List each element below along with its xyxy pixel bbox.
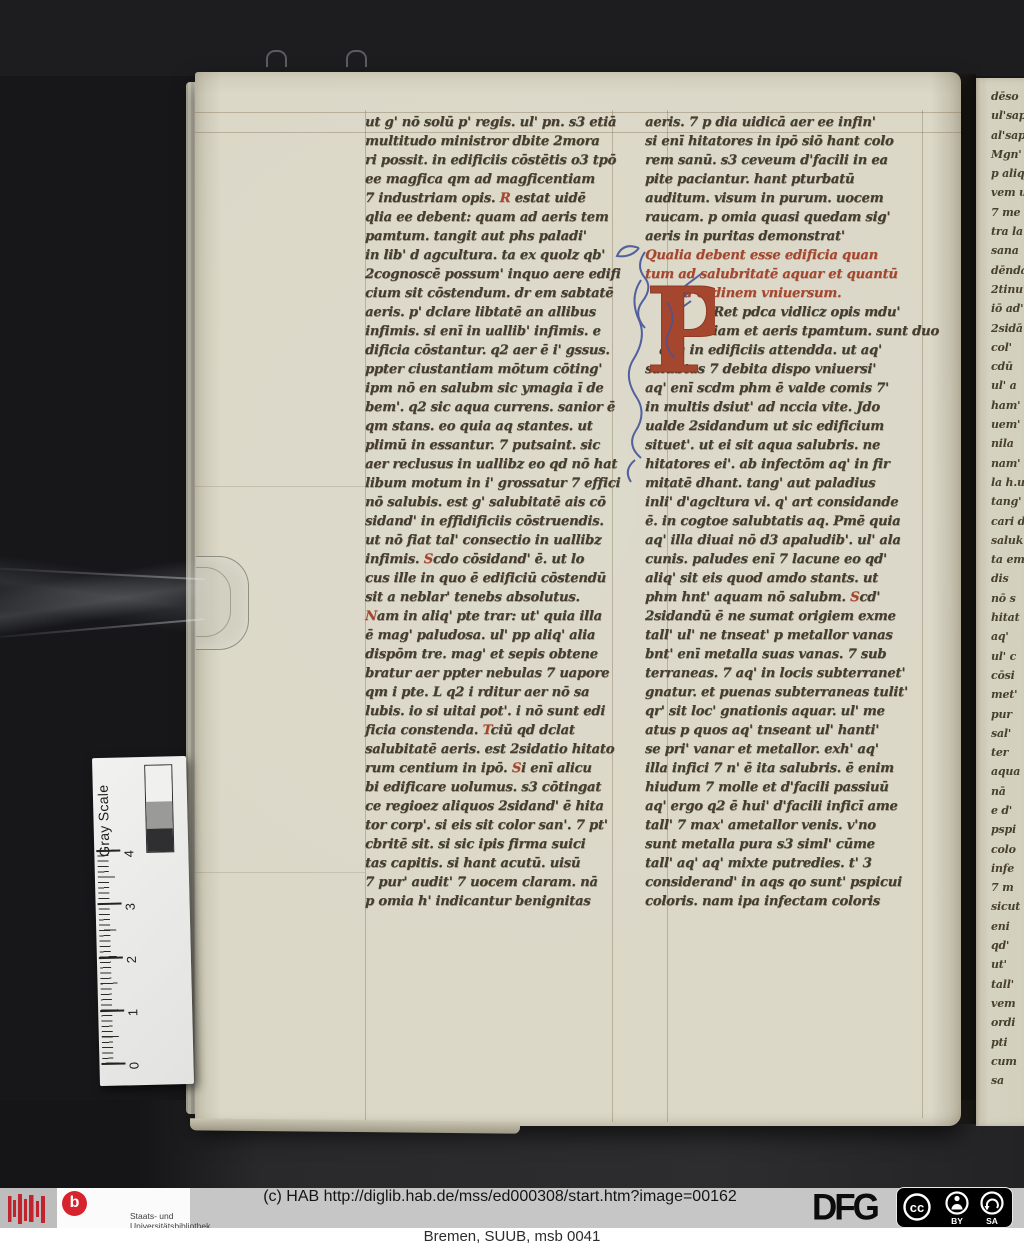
facing-page-text-fragment: nā [991, 785, 1024, 804]
cc-sa-icon: SA [982, 1193, 1003, 1227]
cc-icon: cc [905, 1195, 930, 1220]
manuscript-line: qm stans. eo quia aq stantes. ut [365, 419, 621, 438]
manuscript-line: sit a neblar' tenebs absolutus. [365, 590, 621, 609]
ruler-major-tick [101, 1062, 125, 1065]
manuscript-line: qm i pte. L q2 i rditur aer nō sa [365, 685, 621, 704]
manuscript-line: coloris. nam ipa infectam coloris [645, 894, 925, 913]
manuscript-line: tall' ul' ne tnseat' p metallor vanas [645, 628, 925, 647]
facing-page-text-fragment: ter [991, 746, 1024, 765]
facing-page-text-fragment: hitat [991, 611, 1024, 630]
facing-page-text-fragment: sicut [991, 900, 1024, 919]
facing-page-text-fragment: 2sidā [991, 322, 1024, 341]
facing-page-text-fragment: cōsi [991, 669, 1024, 688]
manuscript-line: 2cognoscē possum' inquo aere edifi [365, 267, 621, 286]
shelfmark-caption: Bremen, SUUB, msb 0041 [0, 1228, 1024, 1252]
manuscript-line: cunis. paludes enī 7 lacune eo qd' [645, 552, 925, 571]
facing-page-text-fragment: iō ad' [991, 302, 1024, 321]
facing-page-text-fragment: colo [991, 843, 1024, 862]
ruler-number: 2 [124, 947, 140, 963]
grayscale-patches [144, 764, 174, 853]
manuscript-line: infimis. Scdo cōsidand' ē. ut lo [365, 552, 621, 571]
cc-by-icon: BY [947, 1193, 968, 1227]
ruler-major-tick [100, 1009, 124, 1012]
manuscript-line: bratur aer ppter nebulas 7 uapore [365, 666, 621, 685]
manuscript-line: multitudo ministror dbite 2mora [365, 134, 621, 153]
facing-page-text-fragment: sa [991, 1074, 1024, 1093]
facing-page-text-fragment: uem' [991, 418, 1024, 437]
manuscript-line: ee magfica qm ad magficentiam [365, 172, 621, 191]
library-b-logo: b [62, 1191, 87, 1216]
manuscript-line: rem sanū. s3 ceveum d'facili in ea [645, 153, 925, 172]
manuscript-line: aeris. 7 p dia uidicā aer ee infin' [645, 115, 925, 134]
ruler-major-tick [98, 903, 122, 906]
facing-page-text-fragment: ul' a [991, 379, 1024, 398]
ruler-number: 4 [121, 841, 137, 857]
facing-page-text-fragment: al'sap [991, 129, 1024, 148]
background-top [0, 0, 1024, 76]
manuscript-line: aliq' sit eis quod amdo stants. ut [645, 571, 925, 590]
ruler-number: 3 [122, 894, 138, 910]
left-text-column: ut g' nō solū p' regis. ul' pn. s3 etiām… [365, 115, 621, 913]
facing-page-text-fragment: aqua [991, 765, 1024, 784]
manuscript-line: 7 industriam opis. R estat uidē [365, 191, 621, 210]
facing-page-text-fragment: dēnda [991, 264, 1024, 283]
manuscript-line: p omia h' indicantur benignitas [365, 894, 621, 913]
manuscript-line: bi edificare uolumus. s3 cōtingat [365, 780, 621, 799]
manuscript-line: dificia cōstantur. q2 aer ē i' gssus. [365, 343, 621, 362]
facing-page-text-fragment: p aliq [991, 167, 1024, 186]
ruling-line [195, 872, 365, 873]
facing-page-text-fragment: saluk' [991, 534, 1024, 553]
facing-page-text-fragment: tang' [991, 495, 1024, 514]
caption-strip: Bremen, SUUB, msb 0041 [0, 1228, 1024, 1252]
facing-page-text-fragment: sal' [991, 727, 1024, 746]
facing-page-text-fragment: nam' [991, 457, 1024, 476]
manuscript-line: cbritē sit. si sic ipis firma suici [365, 837, 621, 856]
manuscript-line: illa infici 7 n' ē ita salubris. ē enim [645, 761, 925, 780]
manuscript-page: ut g' nō solū p' regis. ul' pn. s3 etiām… [195, 72, 961, 1126]
page-holder-wire-clip [346, 50, 367, 67]
facing-page-text-fragment: cdū [991, 360, 1024, 379]
manuscript-line: ppter ciustantiam mōtum cōting' [365, 362, 621, 381]
manuscript-line: bem'. q2 sic aqua currens. sanior ē [365, 400, 621, 419]
facing-page-text-fragment: ordi [991, 1016, 1024, 1035]
svg-text:SA: SA [986, 1216, 998, 1226]
manuscript-line: libum motum in i' grossatur 7 effici [365, 476, 621, 495]
manuscript-line: ri possit. in edificiis cōstētis o3 tpō [365, 153, 621, 172]
facing-page-text-fragment: tra la [991, 225, 1024, 244]
svg-text:BY: BY [951, 1216, 963, 1226]
dfg-logo: DFG [812, 1187, 894, 1229]
manuscript-line: rum centium in ipō. Si enī alicu [365, 761, 621, 780]
grayscale-calibration-card: Gray Scale 43210 [92, 756, 194, 1086]
ruling-line [195, 486, 365, 487]
manuscript-line: ce regioez aliquos 2sidand' ē hita [365, 799, 621, 818]
clip-light-streak [0, 618, 204, 638]
facing-page-text-fragment: sana [991, 244, 1024, 263]
manuscript-line: dispōm tre. mag' et sepis obtene [365, 647, 621, 666]
manuscript-line: nō salubis. est g' salubitatē ais cō [365, 495, 621, 514]
facing-page-text-fragment: dis [991, 572, 1024, 591]
facing-page-text-fragment: cum [991, 1055, 1024, 1074]
manuscript-line: in lib' d agcultura. ta ex quolz qb' [365, 248, 621, 267]
facing-page-text-fragment: tall' [991, 978, 1024, 997]
manuscript-line: hiudum 7 molle et d'facili passiuū [645, 780, 925, 799]
manuscript-line: tas capitis. si hant acutū. uisū [365, 856, 621, 875]
manuscript-line: considerand' in aqs qo sunt' pspicui [645, 875, 925, 894]
facing-page-text-fragment: ut' [991, 958, 1024, 977]
clip-light-streak [0, 568, 205, 581]
manuscript-line: 2sidandū ē ne sumat origiem exme [645, 609, 925, 628]
manuscript-line: qr' sit loc' gnationis aquar. ul' me [645, 704, 925, 723]
manuscript-line: 7 pur' audit' 7 uocem claram. nā [365, 875, 621, 894]
facing-page-text-fragment: infe [991, 862, 1024, 881]
page-holder-wire-clip [266, 50, 287, 67]
manuscript-line: cus ille in quo ē edificiū cōstendū [365, 571, 621, 590]
manuscript-line: aer reclusus in uallibz eo qd nō hat [365, 457, 621, 476]
manuscript-line: ipm nō en salubm sic ymagia ī de [365, 381, 621, 400]
svg-text:P: P [645, 261, 715, 400]
manuscript-line: tall' 7 max' ametallor venis. v'no [645, 818, 925, 837]
facing-page-text-fragment: nila [991, 437, 1024, 456]
ruling-line [195, 112, 961, 113]
manuscript-line: ficia constenda. Tciū qd dclat [365, 723, 621, 742]
manuscript-line: sunt metalla pura s3 siml' cūme [645, 837, 925, 856]
manuscript-line: se pri' vanar et metallor. exh' aq' [645, 742, 925, 761]
grayscale-patch [145, 765, 172, 802]
facing-page-text-fragment: aq' [991, 630, 1024, 649]
digitized-manuscript-viewer: dēsoul'sapal'sapMgn'p aliqvem u7 metra l… [0, 0, 1024, 1252]
facing-page-text-fragment: vem u [991, 186, 1024, 205]
grayscale-patch [147, 828, 174, 852]
manuscript-line: ut g' nō solū p' regis. ul' pn. s3 etiā [365, 115, 621, 134]
creative-commons-badge: cc BY SA [896, 1187, 1013, 1228]
transparent-page-clip [196, 556, 249, 650]
manuscript-line: cium sit cōstendum. dr em sabtatē [365, 286, 621, 305]
manuscript-line: gnatur. et puenas subterraneas tulit' [645, 685, 925, 704]
manuscript-line: ut nō fiat tal' consectio in uallibz [365, 533, 621, 552]
facing-page-text-fragment: col' [991, 341, 1024, 360]
manuscript-line: salubitatē aeris. est 2sidatio hitato [365, 742, 621, 761]
manuscript-line: lubis. io si uitai pot'. i nō sunt edi [365, 704, 621, 723]
manuscript-line: tor corp'. si eis sit color san'. 7 pt' [365, 818, 621, 837]
copyright-url-text: (c) HAB http://diglib.hab.de/mss/ed00030… [195, 1188, 805, 1228]
facing-page-text-fragment: vem [991, 997, 1024, 1016]
facing-page-text-fragment: ul' c [991, 650, 1024, 669]
red-bars-icon [0, 1188, 57, 1228]
manuscript-line: infimis. si enī in uallib' infimis. e [365, 324, 621, 343]
manuscript-line: aeris. p' dclare libtatē an allibus [365, 305, 621, 324]
manuscript-line: sidand' in effidificiis cōstruendis. [365, 514, 621, 533]
manuscript-line: terraneas. 7 aq' in locis subterranet' [645, 666, 925, 685]
library-bars-logo [0, 1188, 57, 1228]
clip-light-streaks [0, 535, 210, 670]
facing-page-edge: dēsoul'sapal'sapMgn'p aliqvem u7 metra l… [976, 78, 1024, 1126]
ruler-major-tick [99, 956, 123, 959]
manuscript-line: atus p quos aq' tnseant ul' hanti' [645, 723, 925, 742]
manuscript-line: inli' d'agcltura vi. q' art considande [645, 495, 925, 514]
facing-page-text-fragment: pspi [991, 823, 1024, 842]
facing-page-text-fragment: Mgn' [991, 148, 1024, 167]
facing-page-text-fragment: pti [991, 1036, 1024, 1055]
svg-text:cc: cc [910, 1200, 924, 1215]
ruler-number: 0 [126, 1053, 142, 1069]
facing-page-text-fragment: ul'sap [991, 109, 1024, 128]
facing-page-text-fragment: pur [991, 708, 1024, 727]
manuscript-line: aq' ergo q2 ē hui' d'facili inficī ame [645, 799, 925, 818]
facing-page-text-fragment: dēso [991, 90, 1024, 109]
facing-page-text-fragment: qd' [991, 939, 1024, 958]
manuscript-line: bnt' enī metalla suas vanas. 7 sub [645, 647, 925, 666]
facing-page-text-fragment: la h.u [991, 476, 1024, 495]
grayscale-patch [146, 801, 173, 828]
manuscript-line: pite paciantur. hant pturbatū [645, 172, 925, 191]
manuscript-line: ē mag' paludosa. ul' pp aliq' alia [365, 628, 621, 647]
manuscript-line: plimū in essantur. 7 putsaint. sic [365, 438, 621, 457]
manuscript-line: aq' illa diuai nō d3 apaludib'. ul' ala [645, 533, 925, 552]
facing-page-text-fragment: cari d [991, 515, 1024, 534]
manuscript-line: qlia ee debent: quam ad aeris tem [365, 210, 621, 229]
facing-page-text-fragment: nō s [991, 592, 1024, 611]
facing-page-text-fragment: 7 me [991, 206, 1024, 225]
ruler-number: 1 [125, 1000, 141, 1016]
facing-page-text-fragment: ham' [991, 399, 1024, 418]
facing-page-text: dēsoul'sapal'sapMgn'p aliqvem u7 metra l… [991, 90, 1024, 1093]
manuscript-line: pamtum. tangit aut phs paladi' [365, 229, 621, 248]
decorated-initial-p: P [615, 190, 715, 490]
ruler-scale [92, 756, 186, 758]
manuscript-line: ē. in cogtoe salubtatis aq. Pmē quia [645, 514, 925, 533]
facing-page-text-fragment: 7 m [991, 881, 1024, 900]
facing-page-text-fragment: eni [991, 920, 1024, 939]
facing-page-text-fragment: 2tinu' [991, 283, 1024, 302]
manuscript-line: phm hnt' aquam nō salubm. Scd' [645, 590, 925, 609]
manuscript-line: tall' aq' aq' mixte putredies. t' 3 [645, 856, 925, 875]
manuscript-line: si enī hitatores in ipō siō hant colo [645, 134, 925, 153]
facing-page-text-fragment: e d' [991, 804, 1024, 823]
facing-page-text-fragment: ta em [991, 553, 1024, 572]
manuscript-line: Nam in aliq' pte trar: ut' quia illa [365, 609, 621, 628]
facing-page-text-fragment: met' [991, 688, 1024, 707]
